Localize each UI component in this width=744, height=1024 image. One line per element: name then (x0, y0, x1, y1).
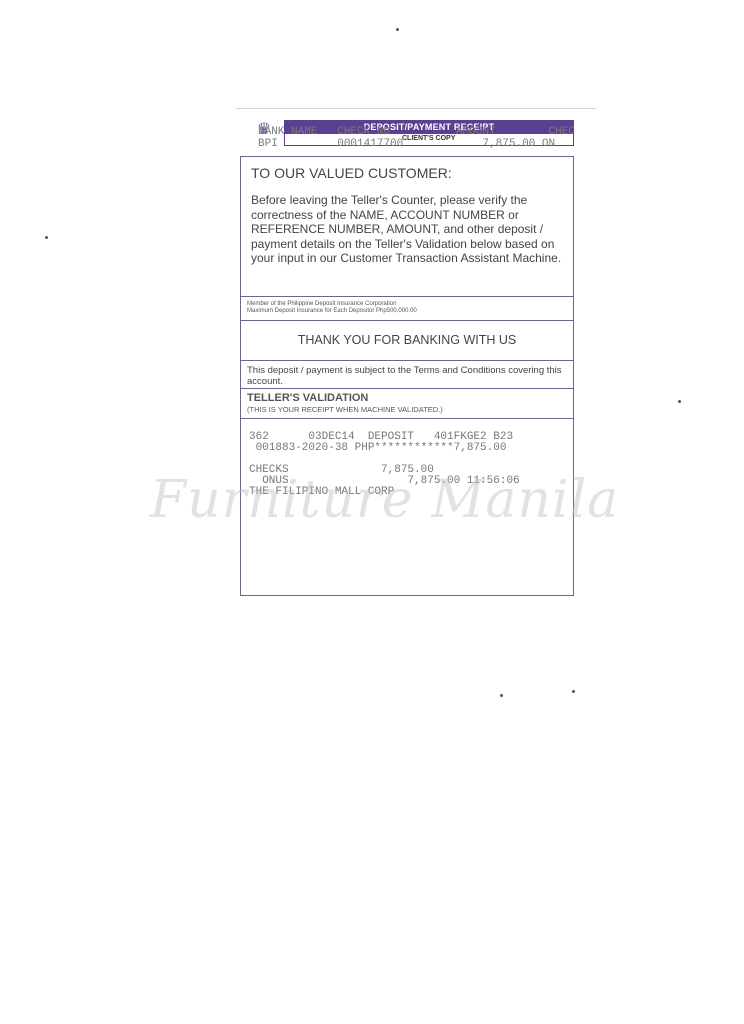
pdic-notice: Member of the Philippine Deposit Insuran… (247, 301, 417, 315)
thanks-section: THANK YOU FOR BANKING WITH US (241, 321, 573, 361)
customer-notice-body: Before leaving the Teller's Counter, ple… (251, 193, 566, 266)
pdic-line-1: Member of the Philippine Deposit Insuran… (247, 301, 417, 308)
deposit-receipt: ♛ DEPOSIT/PAYMENT RECEIPT BANK NAME CHEC… (236, 108, 596, 608)
validation-subtitle: (THIS IS YOUR RECEIPT WHEN MACHINE VALID… (247, 405, 443, 414)
terms-notice: This deposit / payment is subject to the… (247, 365, 573, 387)
customer-notice-heading: TO OUR VALUED CUSTOMER: (251, 165, 452, 181)
validation-header: TELLER'S VALIDATION (THIS IS YOUR RECEIP… (241, 389, 573, 419)
pdic-section: Member of the Philippine Deposit Insuran… (241, 297, 573, 321)
scan-speck (572, 690, 575, 693)
scan-edge (236, 108, 596, 109)
validation-line: THE FILIPINO MALL CORP (249, 487, 520, 498)
validation-title: TELLER'S VALIDATION (247, 392, 368, 404)
terms-section: This deposit / payment is subject to the… (241, 361, 573, 389)
check-row: BPI 0001417700 7,875.00 ON (258, 138, 555, 150)
scan-speck (45, 236, 48, 239)
scan-speck (678, 400, 681, 403)
validation-printout: 362 03DEC14 DEPOSIT 401FKGE2 B23 001883-… (249, 432, 520, 498)
customer-notice-section: TO OUR VALUED CUSTOMER: Before leaving t… (241, 157, 573, 297)
scan-speck (500, 694, 503, 697)
pdic-line-2: Maximum Deposit Insurance for Each Depos… (247, 308, 417, 315)
validation-line: 001883-2020-38 PHP************7,875.00 (249, 443, 520, 454)
receipt-body: TO OUR VALUED CUSTOMER: Before leaving t… (240, 156, 574, 596)
thank-you-message: THANK YOU FOR BANKING WITH US (241, 333, 573, 347)
scan-speck (396, 28, 399, 31)
